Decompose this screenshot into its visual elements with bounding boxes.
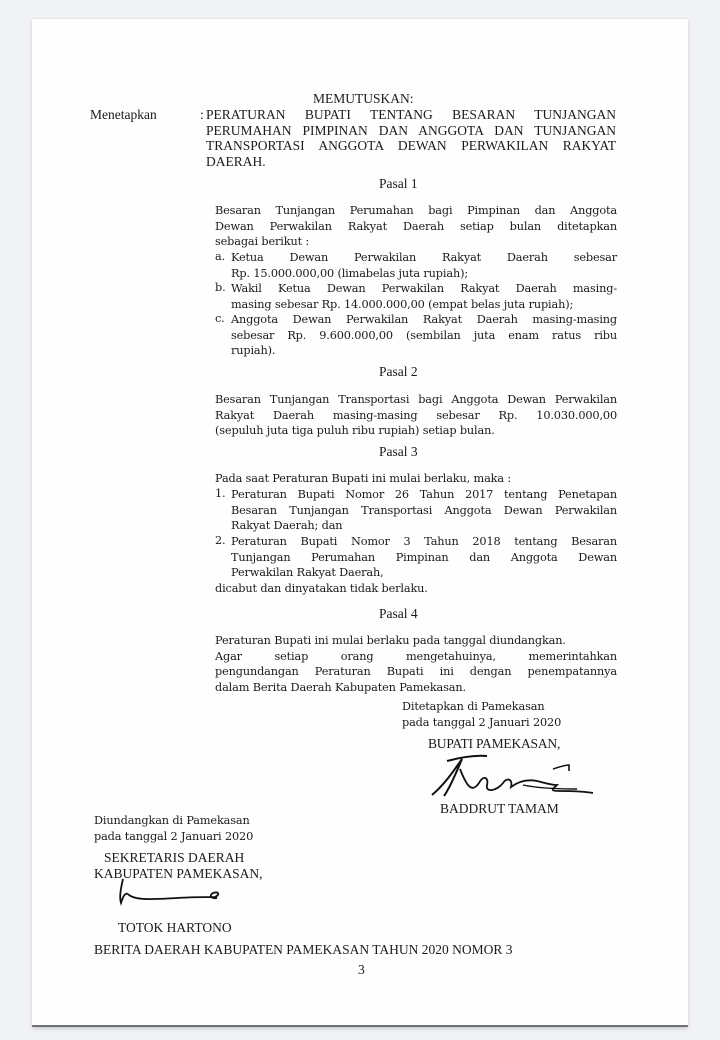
pasal-1-item-c: c. Anggota Dewan Perwakilan Rakyat Daera… <box>215 312 617 360</box>
pasal-1-title: Pasal 1 <box>379 176 418 192</box>
text-line: Agar setiap orang mengetahuinya, memerin… <box>215 649 617 665</box>
regulation-title: PERATURAN BUPATI TENTANG BESARAN TUNJANG… <box>206 107 616 169</box>
enactment-block: Ditetapkan di Pamekasan pada tanggal 2 J… <box>402 699 602 730</box>
text-line: masing sebesar Rp. 14.000.000,00 (empat … <box>231 297 617 313</box>
text-line: Peraturan Bupati ini mulai berlaku pada … <box>215 633 617 649</box>
regulation-title-line: PERUMAHAN PIMPINAN DAN ANGGOTA DAN TUNJA… <box>206 123 616 139</box>
regulation-title-line: PERATURAN BUPATI TENTANG BESARAN TUNJANG… <box>206 107 616 123</box>
text-line: (sepuluh juta tiga puluh ribu rupiah) se… <box>215 423 617 439</box>
menetapkan-colon: : <box>200 107 204 123</box>
text-line: Wakil Ketua Dewan Perwakilan Rakyat Daer… <box>231 281 617 297</box>
promulgation-date: pada tanggal 2 Januari 2020 <box>94 829 294 845</box>
promulgation-place: Diundangkan di Pamekasan <box>94 813 294 829</box>
pasal-2-title: Pasal 2 <box>379 364 418 380</box>
text-line: Tunjangan Perumahan Pimpinan dan Anggota… <box>231 550 617 566</box>
text-line: sebagai berikut : <box>215 234 617 250</box>
menetapkan-label: Menetapkan <box>90 107 157 123</box>
pasal-3-title: Pasal 3 <box>379 444 418 460</box>
regulation-title-line: DAERAH. <box>206 154 616 170</box>
text-line: Ketua Dewan Perwakilan Rakyat Daerah seb… <box>231 250 617 266</box>
pasal-4-title: Pasal 4 <box>379 606 418 622</box>
text-line: Rakyat Daerah; dan <box>231 518 617 534</box>
text-line: Dewan Perwakilan Rakyat Daerah setiap bu… <box>215 219 617 235</box>
text-line: Perwakilan Rakyat Daerah, <box>231 565 617 581</box>
text-line: Peraturan Bupati Nomor 26 Tahun 2017 ten… <box>231 487 617 503</box>
promulgation-office-line1: SEKRETARIS DAERAH <box>104 850 244 866</box>
text-line: pengundangan Peraturan Bupati ini dengan… <box>215 664 617 680</box>
document-page: MEMUTUSKAN: Menetapkan : PERATURAN BUPAT… <box>32 18 688 1027</box>
pasal-1-item-a: a. Ketua Dewan Perwakilan Rakyat Daerah … <box>215 250 617 282</box>
text-line: rupiah). <box>231 343 617 359</box>
list-marker: a. <box>215 250 225 263</box>
pasal-4-body: Peraturan Bupati ini mulai berlaku pada … <box>215 633 617 695</box>
pasal-1-item-b: b. Wakil Ketua Dewan Perwakilan Rakyat D… <box>215 281 617 313</box>
list-marker: 1. <box>215 487 225 500</box>
pasal-3-item-2: 2. Peraturan Bupati Nomor 3 Tahun 2018 t… <box>215 534 617 582</box>
regulation-title-line: TRANSPORTASI ANGGOTA DEWAN PERWAKILAN RA… <box>206 138 616 154</box>
text-line: sebesar Rp. 9.600.000,00 (sembilan juta … <box>231 328 617 344</box>
page-number: 3 <box>358 962 365 978</box>
pasal-3-closing: dicabut dan dinyatakan tidak berlaku. <box>215 581 428 597</box>
pasal-3-intro: Pada saat Peraturan Bupati ini mulai ber… <box>215 471 511 487</box>
text-line: dalam Berita Daerah Kabupaten Pamekasan. <box>215 680 617 696</box>
promulgation-block: Diundangkan di Pamekasan pada tanggal 2 … <box>94 813 294 844</box>
promulgation-signatory: TOTOK HARTONO <box>118 920 232 936</box>
enactment-signatory: BADDRUT TAMAM <box>440 801 559 817</box>
text-line: Besaran Tunjangan Transportasi Anggota D… <box>231 503 617 519</box>
text-line: Besaran Tunjangan Perumahan bagi Pimpina… <box>215 203 617 219</box>
text-line: Rp. 15.000.000,00 (limabelas juta rupiah… <box>231 266 617 282</box>
enactment-place: Ditetapkan di Pamekasan <box>402 699 602 715</box>
text-line: Peraturan Bupati Nomor 3 Tahun 2018 tent… <box>231 534 617 550</box>
text-line: Rakyat Daerah masing-masing sebesar Rp. … <box>215 408 617 424</box>
list-marker: b. <box>215 281 226 294</box>
gazette-reference: BERITA DAERAH KABUPATEN PAMEKASAN TAHUN … <box>94 942 513 958</box>
text-line: Besaran Tunjangan Transportasi bagi Angg… <box>215 392 617 408</box>
text-line: Anggota Dewan Perwakilan Rakyat Daerah m… <box>231 312 617 328</box>
list-marker: c. <box>215 312 225 325</box>
decision-heading: MEMUTUSKAN: <box>313 91 414 107</box>
sekda-signature <box>117 877 227 907</box>
pasal-2-body: Besaran Tunjangan Transportasi bagi Angg… <box>215 392 617 439</box>
list-marker: 2. <box>215 534 225 547</box>
pasal-1-intro: Besaran Tunjangan Perumahan bagi Pimpina… <box>215 203 617 250</box>
enactment-date: pada tanggal 2 Januari 2020 <box>402 715 602 731</box>
pasal-3-item-1: 1. Peraturan Bupati Nomor 26 Tahun 2017 … <box>215 487 617 535</box>
bupati-signature <box>427 749 597 804</box>
